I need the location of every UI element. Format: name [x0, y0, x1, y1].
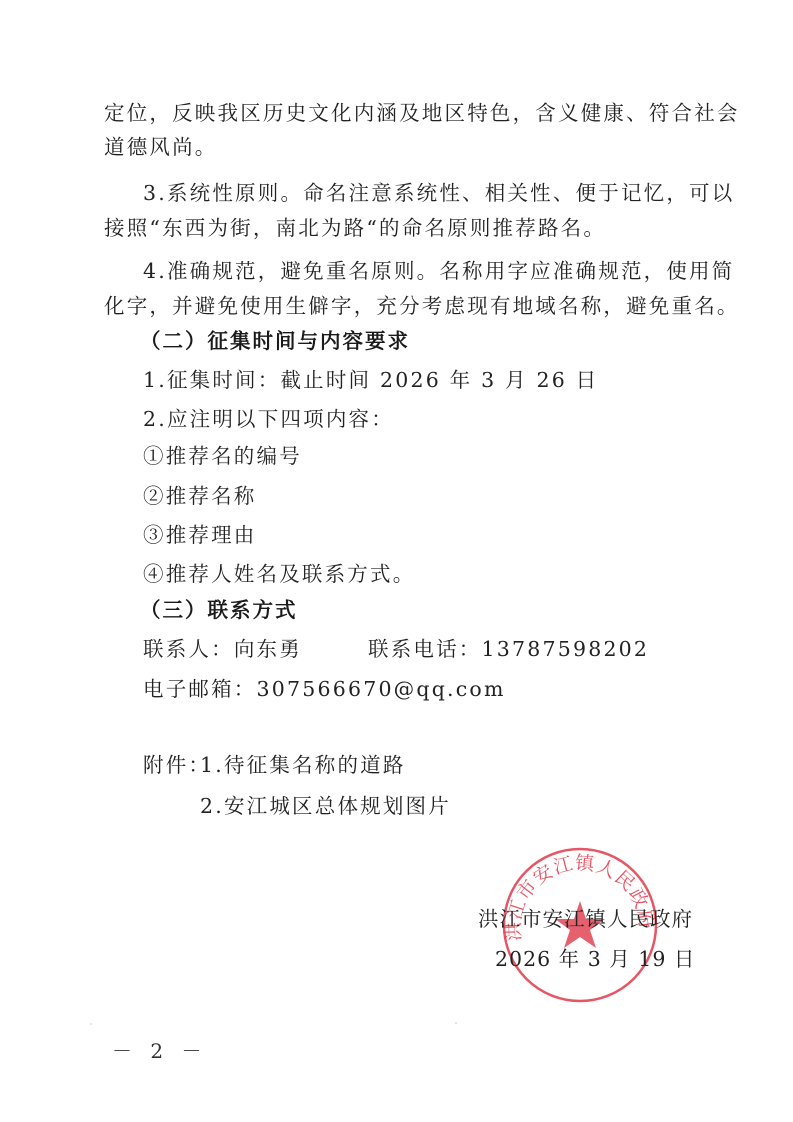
contact-person-label: 联系人：	[143, 637, 234, 661]
attachment-item: 2.安江城区总体规划图片	[200, 793, 451, 819]
scan-speck	[90, 1023, 92, 1025]
attachment-item: 1.待征集名称的道路	[200, 752, 406, 778]
signature-organization: 洪江市安江镇人民政府	[478, 906, 693, 932]
list-item: ③推荐理由	[143, 522, 257, 548]
list-item: ②推荐名称	[143, 483, 257, 509]
contact-person-row: 联系人：向东勇	[143, 636, 302, 662]
paragraph-line: 接照“东西为街，南北为路“的命名原则推荐路名。	[104, 215, 606, 241]
contact-email-value[interactable]: 307566670@qq.com	[257, 677, 506, 701]
paragraph-line: 4.准确规范，避免重名原则。名称用字应准确规范，使用简	[143, 258, 734, 284]
list-item: ①推荐名的编号	[143, 443, 302, 469]
content-intro: 2.应注明以下四项内容：	[143, 406, 394, 432]
paragraph-line: 化字，并避免使用生僻字，充分考虑现有地域名称，避免重名。	[104, 293, 740, 319]
contact-person-name: 向东勇	[234, 637, 302, 661]
contact-phone-value[interactable]: 13787598202	[482, 637, 650, 661]
list-item: ④推荐人姓名及联系方式。	[143, 561, 415, 587]
section-heading-2: （二）征集时间与内容要求	[140, 328, 410, 354]
contact-email-row: 电子邮箱：307566670@qq.com	[143, 676, 506, 702]
collection-time: 1.征集时间：截止时间 2026 年 3 月 26 日	[143, 367, 598, 393]
signature-date: 2026 年 3 月 19 日	[495, 946, 695, 972]
contact-phone-label: 联系电话：	[368, 637, 482, 661]
contact-email-label: 电子邮箱：	[143, 677, 257, 701]
section-heading-3: （三）联系方式	[140, 597, 298, 623]
paragraph-line: 定位，反映我区历史文化内涵及地区特色，含义健康、符合社会	[104, 100, 740, 126]
page-number: － 2 －	[112, 1035, 207, 1064]
scan-speck	[455, 1022, 457, 1024]
paragraph-line: 3.系统性原则。命名注意系统性、相关性、便于记忆，可以	[143, 180, 734, 206]
contact-phone-row: 联系电话：13787598202	[368, 636, 649, 662]
paragraph-line: 道德风尚。	[104, 134, 218, 160]
